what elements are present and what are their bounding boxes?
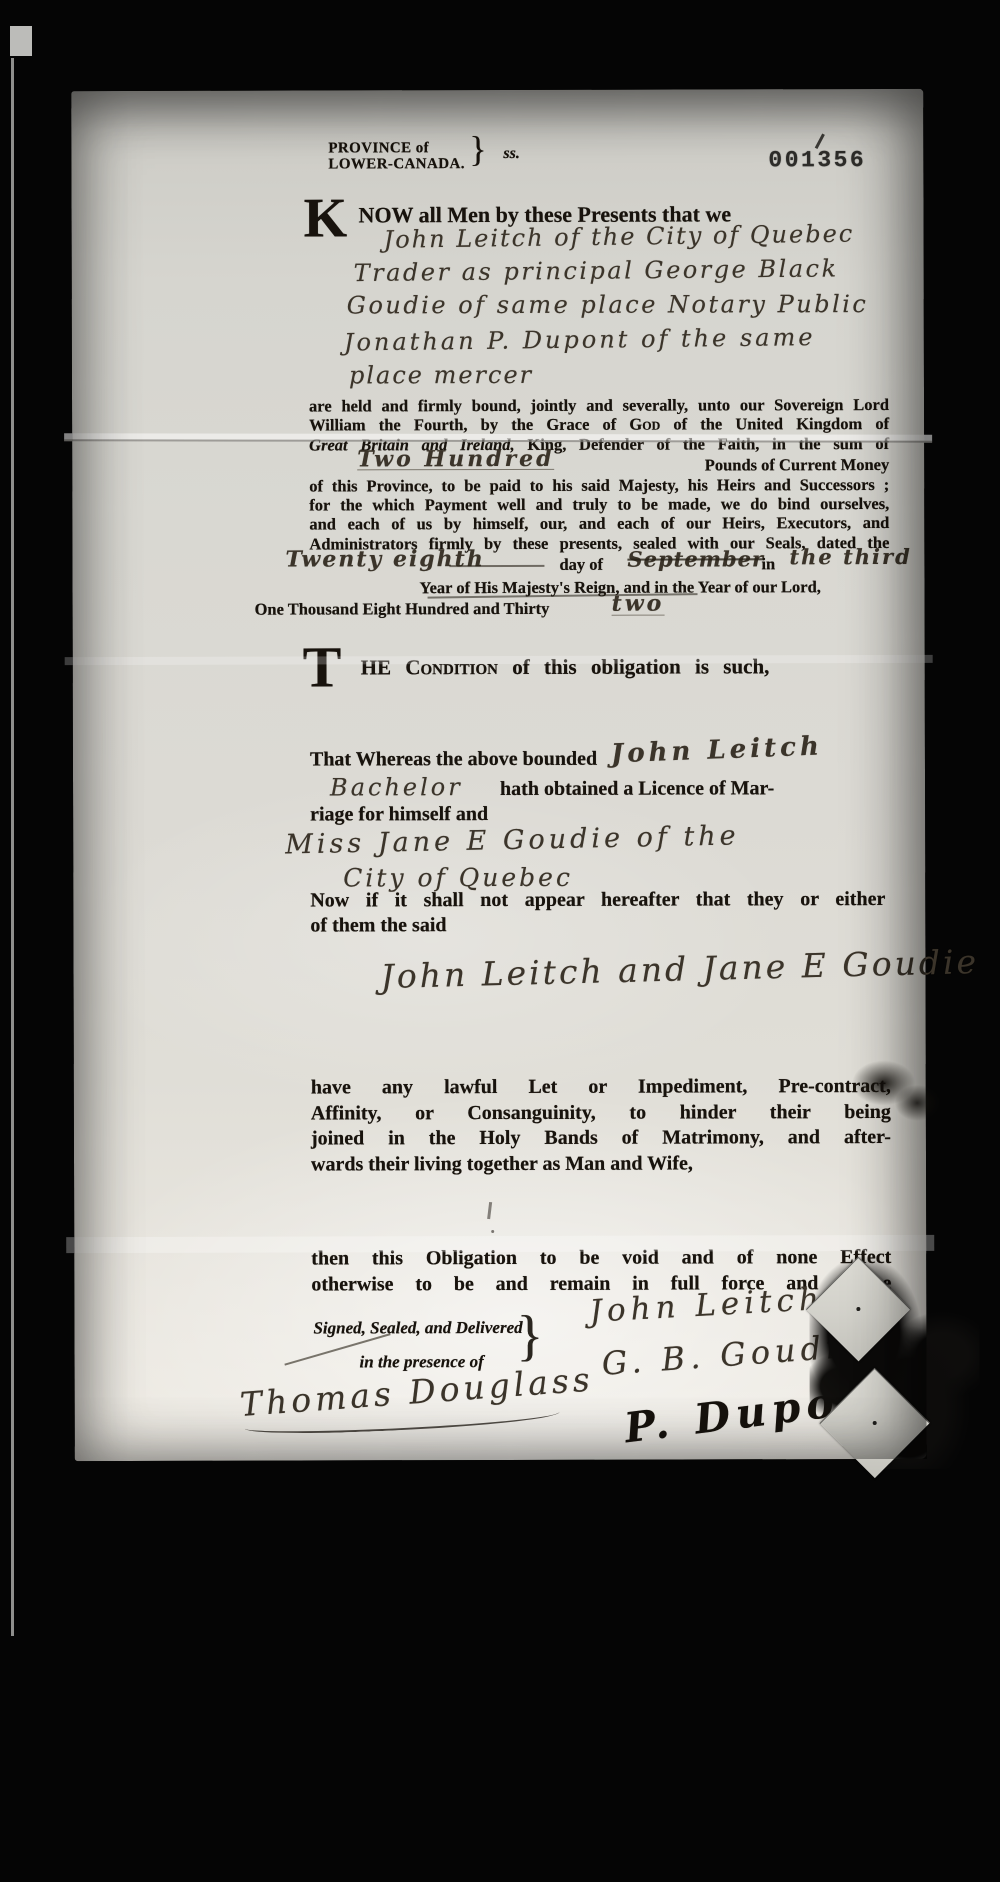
opening-dropcap: K [303, 190, 347, 246]
day-flourish [449, 565, 544, 567]
bond-date-line: Twenty eighth day of September in the th… [309, 552, 889, 579]
bond-line: for the which Payment well and truly to … [309, 494, 889, 515]
bond-line-text: of the United Kingdom of [660, 414, 889, 434]
condition-dropcap: T [303, 638, 342, 696]
header-brace: } [469, 128, 486, 170]
whereas-line: riage for himself and [310, 802, 488, 828]
bond-line-text: William the Fourth, by the Grace of [309, 415, 629, 435]
stamp-number: 001356 [768, 147, 866, 173]
impediment-line: have any lawful Let or Impediment, Pre-c… [311, 1074, 891, 1101]
page: PROVINCE of LOWER-CANADA. } ss. 001356 K… [71, 89, 927, 1461]
whereas-line: hath obtained a Licence of Mar- [500, 776, 774, 802]
document-scan: PROVINCE of LOWER-CANADA. } ss. 001356 K… [0, 0, 1000, 1882]
impediment-line: Affinity, or Consanguinity, to hinder th… [311, 1100, 891, 1127]
handwritten-day: Twenty eighth [285, 550, 484, 570]
bond-line: of this Province, to be paid to his said… [309, 475, 889, 496]
impediment-line: wards their living together as Man and W… [311, 1151, 891, 1178]
handwritten-month: September [627, 549, 764, 569]
bond-line-text: Pounds of Current Money [705, 455, 889, 475]
stray-dot [491, 1230, 494, 1233]
handwritten-parties-line: John Leitch of the City of Quebec [383, 220, 854, 254]
whereas-text: That Whereas the above bounded [310, 748, 597, 771]
handwritten-reign-year: the third [789, 547, 911, 567]
bond-line: William the Fourth, by the Grace of God … [309, 414, 889, 435]
province-line2: LOWER-CANADA. [328, 156, 464, 172]
ink-smudge [839, 1051, 951, 1131]
handwritten-couple-names: John Leitch and Jane E Goudie [380, 942, 979, 996]
seal-center-dot [856, 1307, 860, 1311]
handwritten-parties-line: Jonathan P. Dupont of the same [344, 323, 816, 356]
province-line1: PROVINCE of [328, 140, 464, 156]
handwritten-parties-line: Goudie of same place Notary Public [347, 290, 869, 319]
god-smallcaps: God [629, 415, 660, 434]
crease-line [65, 655, 933, 665]
bond-line: are held and firmly bound, jointly and s… [309, 395, 889, 416]
whereas-line: of them the said [310, 913, 446, 939]
stray-mark [487, 1202, 492, 1219]
seal-center-dot [873, 1421, 877, 1425]
signing-brace: } [516, 1304, 543, 1368]
ink-blotch [809, 1251, 980, 1469]
impediment-paragraph: have any lawful Let or Impediment, Pre-c… [311, 1074, 891, 1178]
handwritten-parties-line: place mercer [349, 361, 533, 389]
bond-line-text: One Thousand Eight Hundred and Thirty [255, 599, 550, 619]
handwritten-parties-line: Trader as principal George Black [354, 254, 839, 287]
bond-year-line: One Thousand Eight Hundred and Thirty tw… [310, 596, 890, 620]
film-edge-line [11, 58, 14, 1636]
bond-line: and each of us by himself, our, and each… [309, 513, 889, 534]
crease-line [66, 1235, 934, 1253]
whereas-line: That Whereas the above boundedJohn Leitc… [310, 744, 823, 773]
handwritten-groom-name: John Leitch [611, 734, 824, 768]
bond-sum-line: Two Hundred Pounds of Current Money [309, 453, 889, 477]
bond-paragraph: are held and firmly bound, jointly and s… [309, 395, 890, 620]
handwritten-status: Bachelor [330, 773, 463, 801]
handwritten-year: two [612, 595, 665, 615]
bond-line: Year of His Majesty's Reign, and in the … [309, 577, 889, 598]
bond-line-text: day of [559, 555, 603, 574]
whereas-line: Now if it shall not appear hereafter tha… [310, 887, 885, 914]
ss-abbreviation: ss. [503, 145, 520, 163]
impediment-line: joined in the Holy Bands of Matrimony, a… [311, 1125, 891, 1152]
film-edge-square [10, 26, 32, 56]
signed-sealed-label: Signed, Sealed, and Delivered [313, 1318, 522, 1339]
bond-line-text: in [761, 554, 775, 573]
province-header: PROVINCE of LOWER-CANADA. [328, 140, 465, 172]
handwritten-sum: Two Hundred [357, 450, 554, 471]
